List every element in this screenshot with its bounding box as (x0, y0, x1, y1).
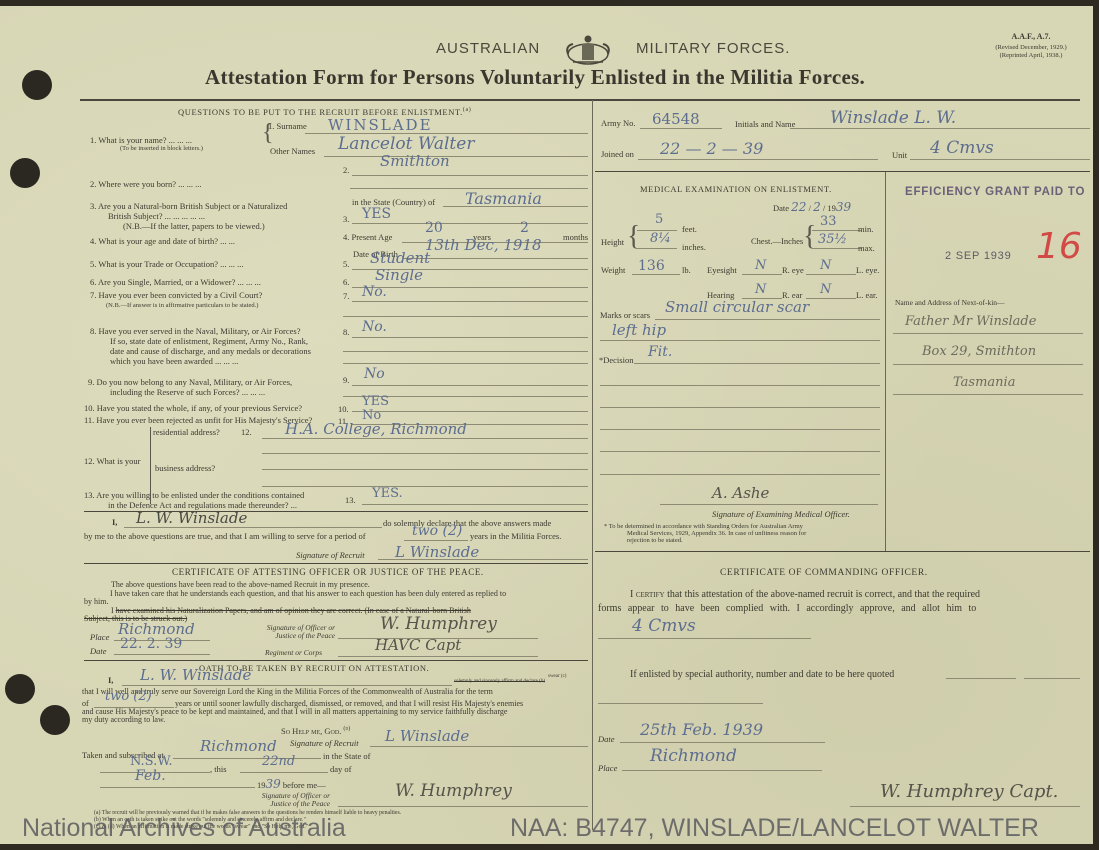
surname-field[interactable]: WINSLADE (328, 116, 433, 134)
previous-service-stated-field[interactable]: YES (362, 394, 389, 409)
age-years-field[interactable]: 20 (425, 220, 443, 236)
current-forces-field[interactable]: No (364, 366, 385, 382)
medical-date-year[interactable]: 39 (836, 200, 851, 214)
punch-hole (10, 158, 40, 188)
coat-of-arms-icon (563, 32, 613, 68)
oath-officer-signature: W. Humphrey (395, 781, 512, 801)
oath-name-field[interactable]: L. W. Winslade (140, 666, 251, 684)
willing-to-enlist-field[interactable]: YES. (372, 486, 403, 501)
regiment-field: HAVC Capt (375, 636, 461, 654)
declaration-name-field[interactable]: L. W. Winslade (136, 509, 247, 527)
occupation-field[interactable]: Student (370, 249, 430, 267)
medical-date-month[interactable]: 2 (813, 200, 821, 214)
medical-heading: MEDICAL EXAMINATION ON ENLISTMENT. (640, 184, 832, 194)
co-place-field[interactable]: Richmond (650, 746, 737, 766)
height-inches-field[interactable]: 8¼ (650, 231, 671, 246)
form-revised: (Revised December, 1929.) (976, 44, 1086, 52)
header-australian: AUSTRALIAN (436, 40, 540, 57)
chest-max-field[interactable]: 35½ (818, 232, 847, 247)
medical-officer-signature: A. Ashe (712, 484, 769, 502)
british-subject-field[interactable]: YES (362, 206, 391, 222)
attesting-officer-signature: W. Humphrey (380, 614, 497, 634)
medical-date-day[interactable]: 22 (791, 200, 806, 214)
punch-hole (5, 674, 35, 704)
efficiency-grant-stamp: EFFICIENCY GRANT PAID TO (905, 186, 1085, 198)
residential-address-field[interactable]: H.A. College, Richmond (285, 420, 467, 438)
next-of-kin-line-2[interactable]: Box 29, Smithton (922, 344, 1036, 359)
oath-month-field[interactable]: Feb. (135, 768, 166, 784)
oath-term-field[interactable]: two (2) (105, 689, 152, 704)
oath-recruit-signature: L Winslade (385, 727, 469, 745)
form-code: A.A.F., A.7. (976, 32, 1086, 41)
co-certificate-heading: CERTIFICATE OF COMMANDING OFFICER. (720, 568, 928, 578)
age-months-field[interactable]: 2 (520, 220, 529, 236)
commanding-officer-signature: W. Humphrey Capt. (880, 781, 1058, 802)
marks-scars-field-2[interactable]: left hip (612, 321, 666, 339)
date-of-birth-field[interactable]: 13th Dec, 1918 (425, 236, 542, 254)
initials-name-field[interactable]: Winslade L. W. (830, 108, 956, 128)
oath-year-field[interactable]: 39 (266, 777, 281, 791)
allotted-unit-field[interactable]: 4 Cmvs (632, 616, 696, 636)
co-date-field[interactable]: 25th Feb. 1939 (640, 720, 763, 739)
oath-day-field[interactable]: 22nd (262, 754, 295, 769)
form-reprinted: (Reprinted April, 1938.) (976, 52, 1086, 60)
left-ear-field[interactable]: N (820, 282, 831, 297)
marital-status-field[interactable]: Single (375, 266, 423, 284)
prior-service-field[interactable]: No. (362, 319, 387, 335)
birthplace-field[interactable]: Smithton (380, 152, 450, 170)
stamp-date: 2 SEP 1939 (945, 250, 1012, 262)
archive-watermark-left: National Archives of Australia (22, 814, 346, 843)
other-names-field[interactable]: Lancelot Walter (338, 134, 474, 154)
attestation-form-page: AUSTRALIAN MILITARY FORCES. A.A.F., A.7.… (0, 6, 1093, 844)
oath-state-field[interactable]: N.S.W. (130, 754, 172, 769)
archive-watermark-right: NAA: B4747, WINSLADE/LANCELOT WALTER (510, 814, 1039, 843)
oath-place-field[interactable]: Richmond (200, 737, 277, 755)
question-1: 1. What is your name? ... ... ... (90, 135, 192, 145)
joined-on-field[interactable]: 22 — 2 — 39 (660, 139, 763, 158)
red-annotation: 16 (1036, 226, 1082, 267)
form-title: Attestation Form for Persons Voluntarily… (205, 65, 865, 90)
attesting-certificate-heading: CERTIFICATE OF ATTESTING OFFICER OR JUST… (172, 567, 484, 577)
marks-scars-field[interactable]: Small circular scar (665, 298, 809, 316)
punch-hole (22, 70, 52, 100)
weight-field[interactable]: 136 (638, 258, 665, 274)
birth-state-field[interactable]: Tasmania (465, 189, 542, 208)
height-feet-field[interactable]: 5 (655, 212, 663, 227)
recruit-signature: L Winslade (395, 543, 479, 561)
left-eye-field[interactable]: N (820, 258, 831, 273)
question-1-note: (To be inserted in block letters.) (120, 145, 203, 153)
right-ear-field[interactable]: N (755, 282, 766, 297)
next-of-kin-line-1[interactable]: Father Mr Winslade (905, 314, 1036, 329)
attesting-date-field[interactable]: 22. 2. 39 (120, 636, 182, 652)
service-period-field[interactable]: two (2) (412, 523, 462, 539)
punch-hole (40, 705, 70, 735)
army-number-field[interactable]: 64548 (652, 110, 700, 128)
decision-field[interactable]: Fit. (648, 344, 672, 360)
header-military-forces: MILITARY FORCES. (636, 40, 790, 57)
civil-conviction-field[interactable]: No. (362, 284, 387, 300)
question-2: 2. Where were you born? ... ... ... (90, 179, 202, 189)
right-eye-field[interactable]: N (755, 258, 766, 273)
next-of-kin-line-3[interactable]: Tasmania (953, 375, 1015, 390)
unit-field[interactable]: 4 Cmvs (930, 138, 994, 158)
chest-min-field[interactable]: 33 (820, 214, 837, 229)
